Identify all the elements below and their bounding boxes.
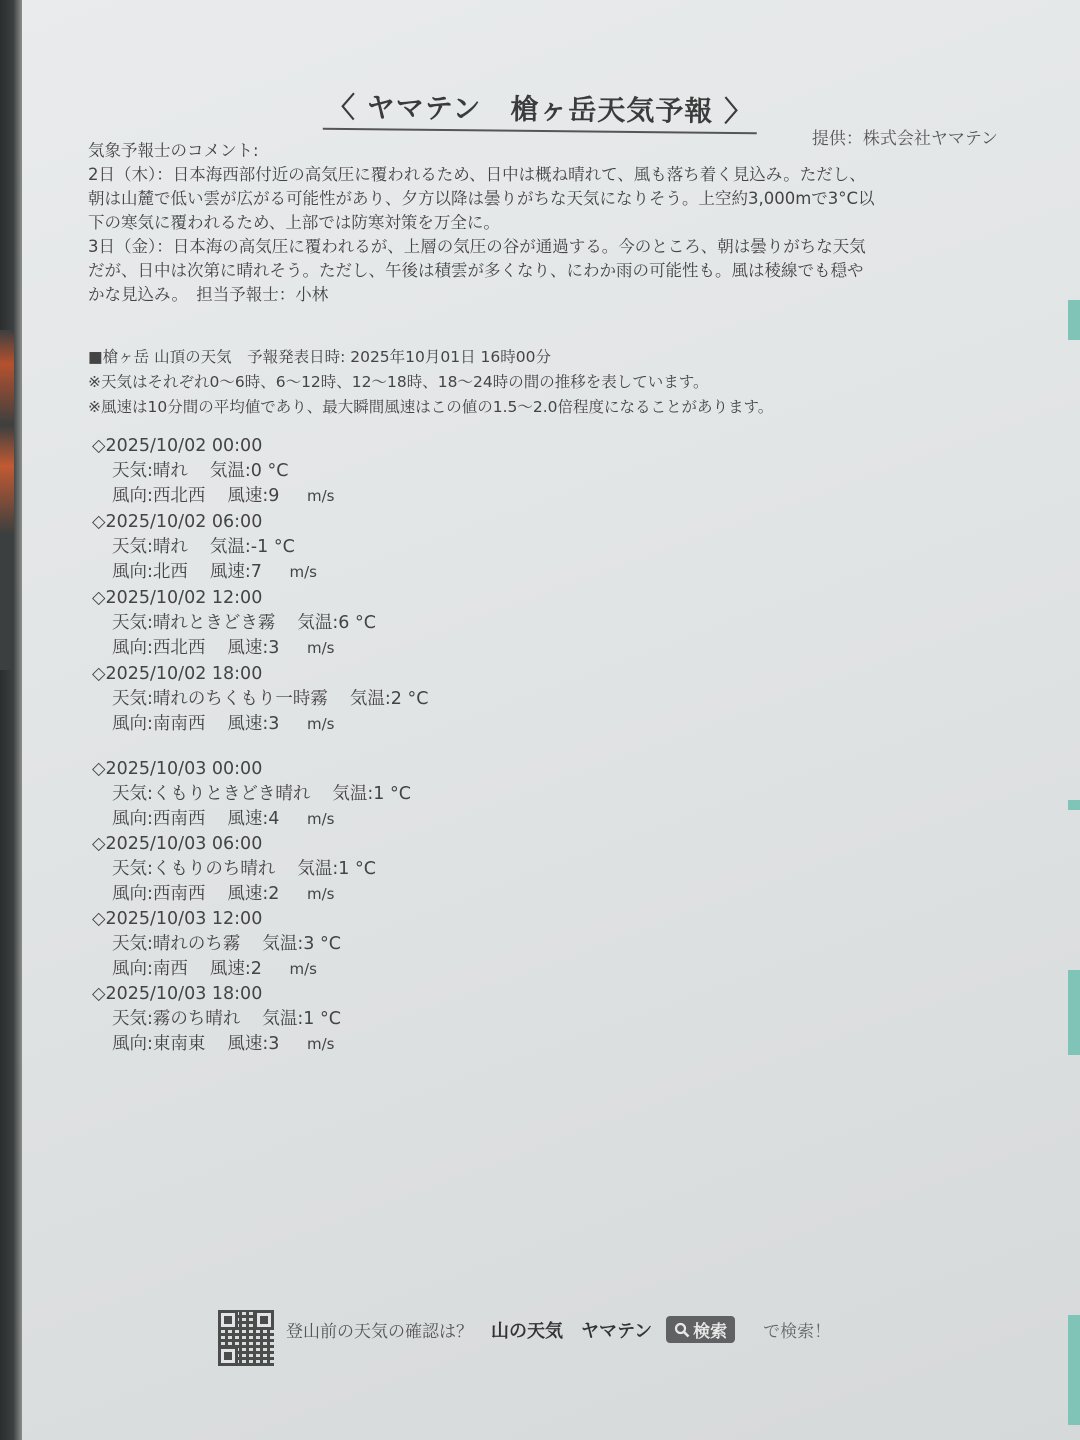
background-stripe bbox=[0, 330, 14, 670]
wind-row: 風向:西北西風速:3 m/s bbox=[92, 636, 376, 661]
weather: 天気:くもりのち晴れ bbox=[112, 859, 275, 879]
weather: 天気:晴れ bbox=[112, 537, 188, 557]
comment-line: かな見込み。 担当予報士：小林 bbox=[88, 283, 1008, 307]
weather-row: 天気:晴れのちくもり一時霧気温:2 °C bbox=[92, 687, 428, 712]
weather: 天気:霧のち晴れ bbox=[112, 1009, 240, 1029]
wind-direction: 風向:南南西 bbox=[112, 714, 205, 734]
footer-promo: 登山前の天気の確認は？ 山の天気 ヤマテン 検索 で検索！ bbox=[218, 1310, 831, 1366]
temperature: 気温:2 °C bbox=[350, 689, 429, 709]
forecast-timestamp: 2025/10/03 00:00 bbox=[92, 757, 411, 782]
forecast-entry: 2025/10/02 00:00 天気:晴れ気温:0 °C 風向:西北西風速:9… bbox=[92, 434, 335, 509]
forecast-timestamp: 2025/10/03 06:00 bbox=[92, 832, 376, 857]
note-wind-speed: ※風速は10分間の平均値であり、最大瞬間風速はこの値の1.5～2.0倍程度になる… bbox=[88, 395, 988, 420]
forecast-entry: 2025/10/02 18:00 天気:晴れのちくもり一時霧気温:2 °C 風向… bbox=[92, 662, 428, 737]
forecast-entry: 2025/10/02 06:00 天気:晴れ気温:-1 °C 風向:北西風速:7… bbox=[92, 510, 317, 585]
temperature: 気温:1 °C bbox=[297, 859, 376, 879]
wind-speed: 風速:3 m/s bbox=[227, 714, 334, 734]
wind-speed: 風速:2 m/s bbox=[210, 959, 317, 979]
temperature: 気温:0 °C bbox=[210, 461, 289, 481]
wind-speed: 風速:7 m/s bbox=[210, 562, 317, 582]
forecast-timestamp: 2025/10/03 12:00 bbox=[92, 907, 341, 932]
wind-direction: 風向:西南西 bbox=[112, 809, 205, 829]
forecast-entry: 2025/10/03 12:00 天気:晴れのち霧気温:3 °C 風向:南西風速… bbox=[92, 907, 341, 982]
weather-row: 天気:晴れときどき霧気温:6 °C bbox=[92, 611, 376, 636]
temperature: 気温:1 °C bbox=[262, 1009, 341, 1029]
weather-row: 天気:晴れ気温:0 °C bbox=[92, 459, 335, 484]
forecast-timestamp: 2025/10/02 12:00 bbox=[92, 586, 376, 611]
wind-row: 風向:南南西風速:3 m/s bbox=[92, 712, 428, 737]
magnifier-icon bbox=[674, 1322, 690, 1338]
summit-info: ■槍ヶ岳 山頂の天気 予報発表日時: 2025年10月01日 16時00分 ※天… bbox=[88, 345, 988, 420]
page-title: 〈 ヤマテン 槍ヶ岳天気予報 〉 bbox=[323, 86, 758, 135]
footer-question: 登山前の天気の確認は？ bbox=[286, 1317, 473, 1342]
weather: 天気:晴れのちくもり一時霧 bbox=[112, 689, 328, 709]
background-right-edge bbox=[1066, 300, 1080, 1440]
wind-speed: 風速:3 m/s bbox=[227, 1034, 334, 1054]
forecast-timestamp: 2025/10/02 18:00 bbox=[92, 662, 428, 687]
temperature: 気温:6 °C bbox=[297, 613, 376, 633]
summit-heading: ■槍ヶ岳 山頂の天気 予報発表日時: 2025年10月01日 16時00分 bbox=[88, 345, 988, 370]
weather: 天気:晴れときどき霧 bbox=[112, 613, 275, 633]
weather-row: 天気:晴れのち霧気温:3 °C bbox=[92, 932, 341, 957]
forecast-timestamp: 2025/10/02 06:00 bbox=[92, 510, 317, 535]
forecast-entry: 2025/10/03 06:00 天気:くもりのち晴れ気温:1 °C 風向:西南… bbox=[92, 832, 376, 907]
forecast-entry: 2025/10/03 00:00 天気:くもりときどき晴れ気温:1 °C 風向:… bbox=[92, 757, 411, 832]
wind-speed: 風速:2 m/s bbox=[227, 884, 334, 904]
weather-row: 天気:くもりときどき晴れ気温:1 °C bbox=[92, 782, 411, 807]
wind-speed: 風速:3 m/s bbox=[227, 638, 334, 658]
teal-mark bbox=[1068, 970, 1080, 1055]
wind-row: 風向:南西風速:2 m/s bbox=[92, 957, 341, 982]
wind-direction: 風向:西北西 bbox=[112, 486, 205, 506]
teal-mark bbox=[1068, 300, 1080, 340]
wind-direction: 風向:東南東 bbox=[112, 1034, 205, 1054]
temperature: 気温:3 °C bbox=[262, 934, 341, 954]
search-label: 検索 bbox=[693, 1317, 727, 1342]
weather-row: 天気:晴れ気温:-1 °C bbox=[92, 535, 317, 560]
comment-line: 2日（木）：日本海西部付近の高気圧に覆われるため、日中は概ね晴れて、風も落ち着く… bbox=[88, 163, 1008, 187]
temperature: 気温:-1 °C bbox=[210, 537, 295, 557]
weather: 天気:晴れ bbox=[112, 461, 188, 481]
wind-row: 風向:北西風速:7 m/s bbox=[92, 560, 317, 585]
forecast-entry: 2025/10/03 18:00 天気:霧のち晴れ気温:1 °C 風向:東南東風… bbox=[92, 982, 341, 1057]
keyword-yamaten: ヤマテン bbox=[581, 1317, 652, 1343]
forecast-timestamp: 2025/10/03 18:00 bbox=[92, 982, 341, 1007]
forecast-timestamp: 2025/10/02 00:00 bbox=[92, 434, 335, 459]
forecaster-comment: 気象予報士のコメント: 2日（木）：日本海西部付近の高気圧に覆われるため、日中は… bbox=[88, 139, 1008, 307]
weather-row: 天気:くもりのち晴れ気温:1 °C bbox=[92, 857, 376, 882]
wind-row: 風向:西南西風速:4 m/s bbox=[92, 807, 411, 832]
comment-heading: 気象予報士のコメント: bbox=[88, 139, 1008, 163]
weather: 天気:くもりときどき晴れ bbox=[112, 784, 310, 804]
qr-code-icon bbox=[218, 1310, 274, 1366]
keyword-yama-no-tenki: 山の天気 bbox=[491, 1317, 563, 1343]
footer-tail: で検索！ bbox=[763, 1317, 831, 1342]
temperature: 気温:1 °C bbox=[332, 784, 411, 804]
comment-line: 3日（金）：日本海の高気圧に覆われるが、上層の気圧の谷が通過する。今のところ、朝… bbox=[88, 235, 1008, 259]
comment-line: 下の寒気に覆われるため、上部では防寒対策を万全に。 bbox=[88, 211, 1008, 235]
note-weather-period: ※天気はそれぞれ0～6時、6～12時、12～18時、18～24時の間の推移を表し… bbox=[88, 370, 988, 395]
teal-mark bbox=[1068, 800, 1080, 810]
search-badge: 検索 bbox=[666, 1316, 735, 1343]
wind-row: 風向:東南東風速:3 m/s bbox=[92, 1032, 341, 1057]
wind-speed: 風速:4 m/s bbox=[227, 809, 334, 829]
comment-line: だが、日中は次第に晴れそう。ただし、午後は積雲が多くなり、にわか雨の可能性も。風… bbox=[88, 259, 1008, 283]
wind-direction: 風向:西北西 bbox=[112, 638, 205, 658]
wind-direction: 風向:北西 bbox=[112, 562, 188, 582]
wind-direction: 風向:西南西 bbox=[112, 884, 205, 904]
teal-mark bbox=[1068, 1315, 1080, 1425]
wind-direction: 風向:南西 bbox=[112, 959, 188, 979]
background-left-edge bbox=[0, 0, 22, 1440]
comment-line: 朝は山麓で低い雲が広がる可能性があり、夕方以降は曇りがちな天気になりそう。上空約… bbox=[88, 187, 1008, 211]
weather: 天気:晴れのち霧 bbox=[112, 934, 240, 954]
wind-speed: 風速:9 m/s bbox=[227, 486, 334, 506]
weather-row: 天気:霧のち晴れ気温:1 °C bbox=[92, 1007, 341, 1032]
wind-row: 風向:西北西風速:9 m/s bbox=[92, 484, 335, 509]
wind-row: 風向:西南西風速:2 m/s bbox=[92, 882, 376, 907]
forecast-entry: 2025/10/02 12:00 天気:晴れときどき霧気温:6 °C 風向:西北… bbox=[92, 586, 376, 661]
